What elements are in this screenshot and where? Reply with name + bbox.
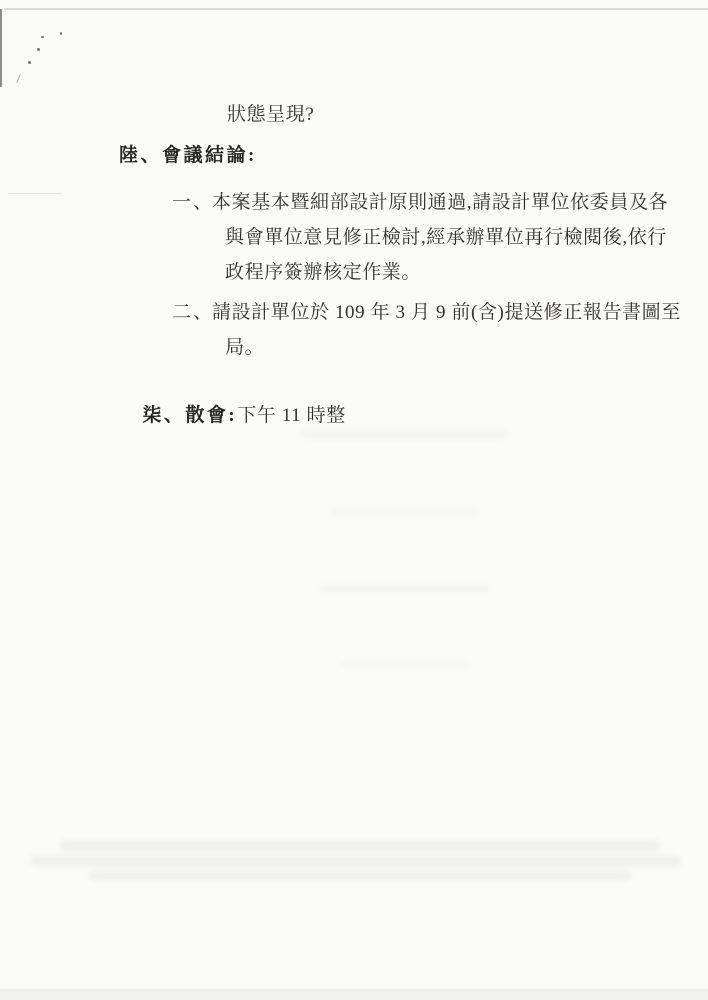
scan-edge-left: [0, 9, 2, 87]
carryover-question-text: 狀態呈現?: [227, 102, 314, 128]
bleedthrough-band: [90, 872, 630, 880]
section-conclusion-heading: 陸、會議結論:: [119, 143, 257, 169]
scan-speck: [41, 36, 44, 38]
bleedthrough-band: [60, 841, 660, 850]
scan-faint-line: [8, 193, 62, 194]
bleedthrough-smudge: [330, 508, 480, 516]
scan-edge-bottom: [0, 989, 708, 1000]
item-number: 二、: [172, 300, 214, 326]
scan-speck: [28, 61, 31, 64]
item-line: 請設計單位於 109 年 3 月 9 前(含)提送修正報告書圖至: [212, 300, 681, 326]
bleedthrough-smudge: [340, 660, 470, 668]
scan-speck: [37, 48, 40, 51]
adjourn-value: 下午 11 時整: [237, 405, 346, 426]
scan-scratch: [16, 74, 21, 83]
item-line: 局。: [225, 335, 264, 361]
bleedthrough-smudge: [320, 585, 490, 593]
scan-edge-top: [4, 8, 708, 10]
bleedthrough-band: [30, 856, 680, 866]
item-line: 政程序簽辦核定作業。: [225, 260, 421, 286]
item-line: 與會單位意見修正檢討,經承辦單位再行檢閱後,依行: [225, 225, 667, 251]
adjourn-label: 柒、散會:: [142, 405, 237, 426]
item-number: 一、: [172, 190, 214, 216]
scan-speck: [60, 32, 62, 35]
section-adjourn-line: 柒、散會:下午 11 時整: [121, 377, 346, 455]
scanned-document-page: 狀態呈現? 陸、會議結論: 一、 本案基本暨細部設計原則通過,請設計單位依委員及…: [0, 0, 708, 1000]
item-line: 本案基本暨細部設計原則通過,請設計單位依委員及各: [212, 190, 668, 216]
